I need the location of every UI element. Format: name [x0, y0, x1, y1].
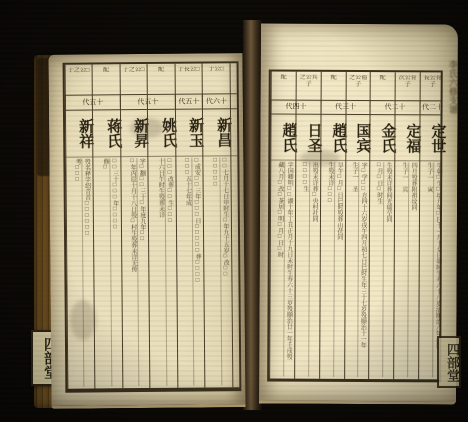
vital-record-text: 字□翻□□三十□年度九年□□□年丙辰十月十八日殁□村生殁葬未详无传: [122, 158, 147, 386]
relation-label: □公之子: [122, 67, 146, 91]
person-column: 宾公之子 日圣 出殁未详葬□央村社同□□□□生: [294, 72, 321, 379]
person-column: □公長子 新玉 □成安□□三年□□□日□□□□□葬□□□□□□□五十七年成: [175, 64, 205, 388]
relation-label: 配: [94, 67, 119, 91]
person-name: 新玉: [176, 111, 202, 155]
vital-record-text: 字国卿明□□湖十年丁丑正月十九日未时生寿六十三岁殁顺治廿一年壬戌殁藏八月□改□茶…: [271, 162, 293, 377]
person-column: □公之子 新祥 殁名释字绍青首□□□□□□考□□□: [65, 64, 95, 388]
person-column: 配 姚氏 □□□改葬□□生□□□十六日午时生殁葬未详: [147, 64, 178, 388]
relation-label: □公子: [204, 66, 229, 90]
person-name: 趙氏: [321, 116, 345, 160]
person-column: □公之子 新昇 字□翻□□三十□年度九年□□□年丙辰十月十八日殁□村生殁葬未详无…: [120, 64, 150, 388]
person-name: 日圣: [296, 116, 320, 160]
generation-label: 十五代: [65, 95, 120, 109]
relation-label: □公長子: [177, 67, 201, 91]
genealogy-table-right: 配 趙氏 字国卿明□□湖十年丁丑正月十九日未时生寿六十三岁殁顺治廿一年壬戌殁藏八…: [267, 70, 443, 383]
person-name: 金氏: [370, 116, 394, 160]
person-name: 趙氏: [271, 116, 295, 160]
relation-label: 宾公之子: [298, 75, 320, 99]
person-column: □公子 新昌 □□七月十七日申时生□年九十五岁□改□□□□□□□: [202, 63, 233, 387]
right-page: 配 趙氏 字国卿明□□湖十年丁丑正月十九日未时生寿六十三岁殁顺治廿一年壬戌殁藏八…: [259, 23, 458, 404]
person-column: 福公之子 国宾 字□学□□方四十六岁戌午四月初七日巳时生年三十七岁殁顺治十一年生…: [344, 72, 370, 379]
person-name: 姚氏: [148, 111, 175, 155]
person-name: 国宾: [346, 116, 369, 160]
left-page: □公之子 新祥 殁名释字绍青首□□□□□□考□□□ 配 蒋氏 □□三十□□□年□…: [48, 53, 245, 409]
person-column: 配 趙氏 早午□月□日巳时殁葬山茯同生殁未详□□□: [319, 72, 346, 379]
book-photo: { "photo": {"background": "#0b0906", "pa…: [0, 0, 468, 422]
generation-label: 十二代: [370, 101, 420, 114]
person-column: 配 金氏 生殁未详葬间光瑞茔同□月□日□时生: [368, 72, 395, 379]
person-name: 定福: [395, 116, 419, 160]
relation-label: 配: [323, 75, 345, 99]
genealogy-table-left: □公之子 新祥 殁名释字绍青首□□□□□□考□□□ 配 蒋氏 □□三十□□□年□…: [63, 61, 242, 393]
vital-record-text: 生殁未详葬间光瑞茔同□月□日□时生: [370, 162, 392, 377]
person-name: 定世: [420, 116, 444, 160]
partial-gutter-column: [230, 63, 244, 387]
person-name: 新昇: [121, 111, 147, 155]
generation-label: 十六代: [202, 94, 230, 108]
generation-label: 十二代: [420, 101, 445, 114]
generation-label: 十五代: [175, 95, 202, 109]
person-name: 新昌: [203, 110, 230, 154]
vital-record-text: □成安□□三年□□□日□□□□□葬□□□□□□□五十七年成: [177, 158, 202, 386]
vital-record-text: 早午□月□日巳时殁葬山茯同生殁未详□□□: [321, 162, 343, 377]
vital-record-text: 字□学□□方四十六岁戌午四月初七日巳时生年三十七岁殁顺治十一年生子一 圣: [346, 162, 367, 377]
relation-label: 福公之子: [348, 75, 369, 99]
relation-label: □公之子: [67, 67, 91, 91]
generation-label: 十五代: [120, 95, 175, 109]
person-column: 配 蒋氏 □□三十□□□年□□□□修□: [92, 64, 123, 388]
person-column: 育公長子 定世 字朝□生□培九年□巳十一月十女日卯时生寿六十八岁清顺治六年己巳生…: [418, 72, 445, 379]
person-column: 育公次子 定福 四月殁葬附祖坟同生子一 宾: [393, 72, 420, 379]
relation-label: 育公長子: [422, 75, 444, 99]
relation-label: 配: [149, 67, 174, 91]
generation-label: 十四代: [271, 101, 321, 114]
vital-record-text: 四月殁葬附祖坟同生子一 宾: [395, 162, 417, 377]
person-name: 蒋氏: [93, 111, 120, 155]
vital-record-text: 出殁未详葬□央村社同□□□□生: [296, 162, 318, 377]
relation-label: 配: [372, 75, 394, 99]
right-edge-title: 李氏六修支谱: [446, 60, 460, 250]
relation-label: 育公次子: [397, 75, 419, 99]
generation-label: 十三代: [321, 101, 370, 114]
person-name: 新祥: [66, 111, 92, 155]
vital-record-text: 殁名释字绍青首□□□□□□考□□□: [67, 158, 92, 386]
vital-record-text: □□三十□□□年□□□□修□: [94, 158, 120, 386]
hall-stamp-partial: 四部堂: [437, 336, 461, 388]
vital-record-text: □□七月十七日申时生□年九十五岁□改□□□□□□□: [204, 157, 230, 385]
relation-label: 配: [273, 75, 295, 99]
person-column: 配 趙氏 字国卿明□□湖十年丁丑正月十九日未时生寿六十三岁殁顺治廿一年壬戌殁藏八…: [269, 72, 296, 379]
vital-record-text: □□□改葬□□生□□□十六日午时生殁葬未详: [149, 158, 175, 386]
